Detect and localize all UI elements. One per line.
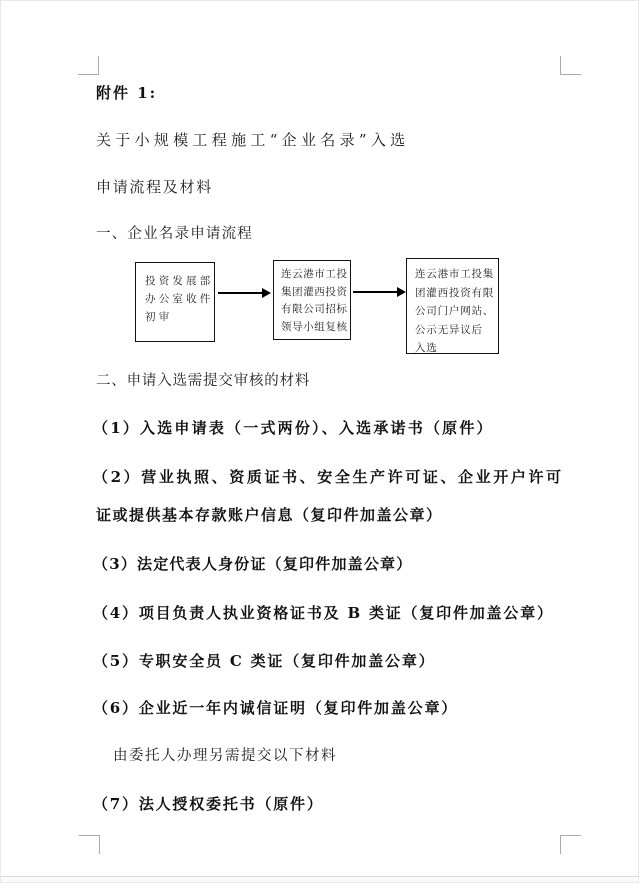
attachment-label: 附件 1: bbox=[96, 85, 157, 102]
flow-step-text-line: 投资发展部 bbox=[145, 272, 214, 290]
flow-step-text-line: 连云港市工投集 bbox=[415, 265, 498, 284]
material-item-7: （7）法人授权委托书（原件） bbox=[93, 796, 324, 813]
section-heading-required-materials: 二、申请入选需提交审核的材料 bbox=[96, 373, 310, 390]
flow-step-text-line: 办公室收件 bbox=[145, 290, 214, 308]
material-item-2-line1: （2）营业执照、资质证书、安全生产许可证、企业开户许可 bbox=[93, 469, 564, 486]
page-bottom-edge bbox=[1, 876, 638, 883]
margin-corner-mark-top-right bbox=[560, 56, 581, 75]
flow-step-website-publicity-selected: 连云港市工投集 团灌西投资有限 公司门户网站、 公示无异议后 入选 bbox=[406, 258, 499, 354]
flow-step-text-line: 公司门户网站、 bbox=[415, 302, 498, 321]
flow-step-text-line: 连云港市工投 bbox=[281, 266, 350, 284]
flow-step-text-line: 入选 bbox=[415, 339, 498, 358]
material-item-6: （6）企业近一年内诚信证明（复印件加盖公章） bbox=[93, 700, 458, 717]
section-heading-application-process: 一、企业名录申请流程 bbox=[96, 226, 253, 243]
flow-step-text-line: 集团灌西投资 bbox=[281, 284, 350, 302]
material-item-3: （3）法定代表人身份证（复印件加盖公章） bbox=[93, 556, 412, 573]
margin-corner-mark-top-left bbox=[78, 56, 99, 75]
document-page: 附件 1: 关于小规模工程施工“企业名录”入选 申请流程及材料 一、企业名录申请… bbox=[0, 0, 639, 883]
flow-arrow-1 bbox=[218, 292, 262, 294]
arrow-head-icon bbox=[397, 287, 406, 297]
flow-step-text-line: 有限公司招标 bbox=[281, 301, 350, 319]
material-item-5: （5）专职安全员 C 类证（复印件加盖公章） bbox=[93, 653, 435, 670]
flow-step-text-line: 初审 bbox=[145, 308, 214, 326]
flow-step-text-line: 公示无异议后 bbox=[415, 321, 498, 340]
agent-note-line: 由委托人办理另需提交以下材料 bbox=[113, 748, 337, 765]
flow-step-office-initial-review: 投资发展部 办公室收件 初审 bbox=[135, 262, 215, 342]
document-title-line1: 关于小规模工程施工“企业名录”入选 bbox=[96, 132, 409, 149]
flow-arrow-2 bbox=[353, 291, 397, 293]
flow-step-bidding-group-recheck: 连云港市工投 集团灌西投资 有限公司招标 领导小组复核 bbox=[273, 260, 351, 340]
material-item-2-line2: 证或提供基本存款账户信息（复印件加盖公章） bbox=[96, 507, 443, 524]
document-title-line2: 申请流程及材料 bbox=[96, 179, 213, 196]
flow-step-text-line: 领导小组复核 bbox=[281, 319, 350, 337]
margin-corner-mark-bottom-right bbox=[560, 835, 581, 854]
margin-corner-mark-bottom-left bbox=[79, 835, 100, 854]
flow-step-text-line: 团灌西投资有限 bbox=[415, 284, 498, 303]
material-item-4: （4）项目负责人执业资格证书及 B 类证（复印件加盖公章） bbox=[93, 605, 554, 622]
material-item-1: （1）入选申请表（一式两份）、入选承诺书（原件） bbox=[93, 420, 494, 437]
arrow-head-icon bbox=[262, 288, 271, 298]
